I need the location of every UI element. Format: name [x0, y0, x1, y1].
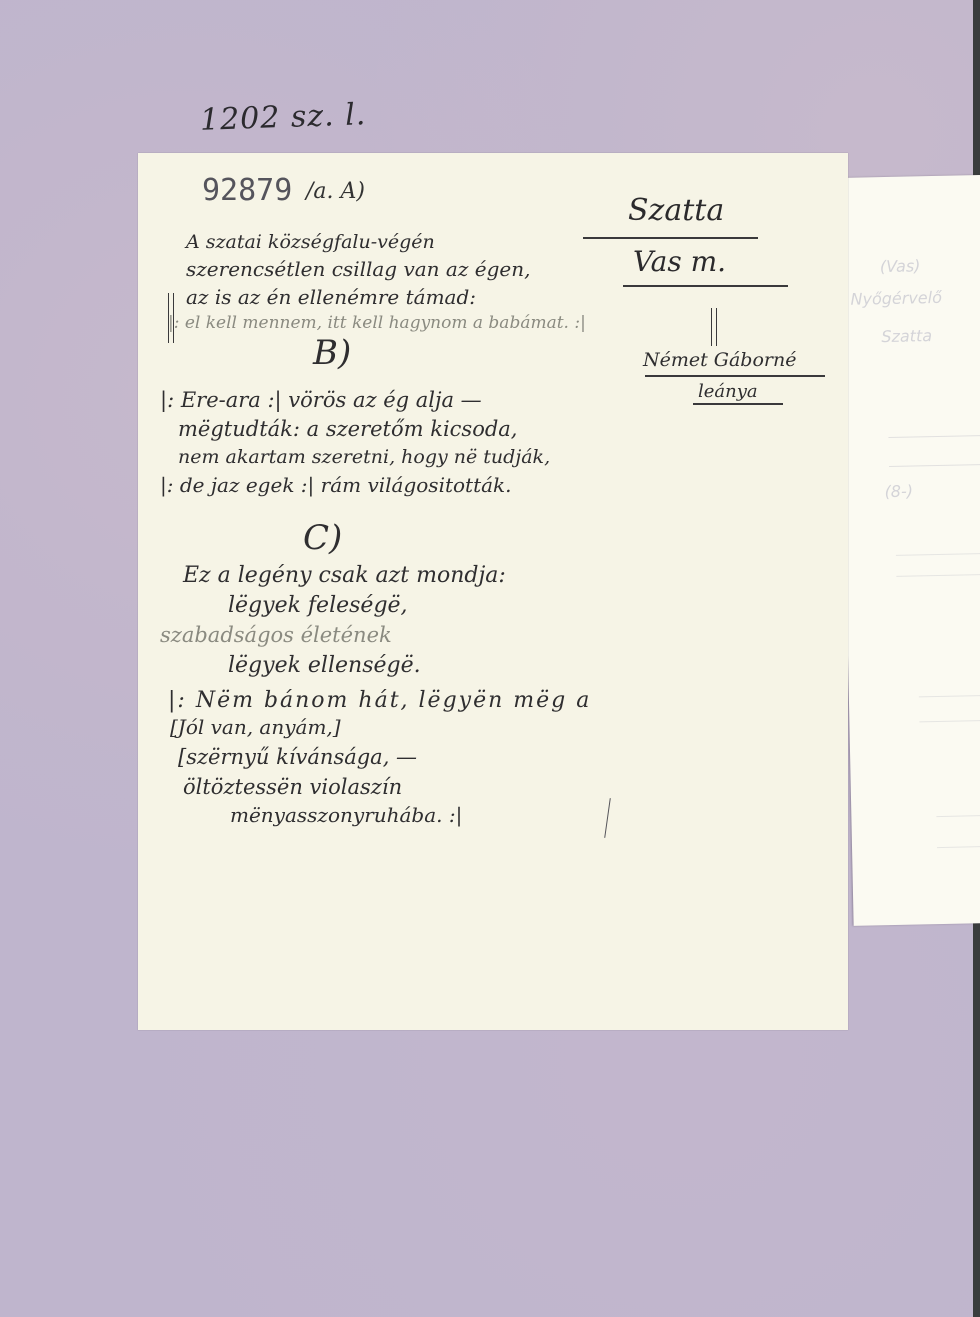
verse-line: mënyasszonyruhába. :|: [230, 803, 462, 827]
slip-staff-lines: [888, 435, 980, 467]
underline: [693, 403, 783, 405]
verse-line: öltöztessën violaszín: [183, 775, 402, 799]
manuscript-card: 92879 /a. A) Szatta Vas m. Német Gáborné…: [138, 153, 848, 1030]
slip-staff-lines: [919, 695, 980, 722]
slip-faint-line: Nyőgérvelő: [850, 288, 942, 309]
verse-line: [szërnyű kívánsága, —: [178, 745, 417, 769]
verse-line: szabadságos életének: [160, 623, 392, 647]
slip-faint-line: Szatta: [881, 326, 932, 346]
verse-line: Ez a legény csak azt mondja:: [183, 563, 506, 588]
repeat-sign: [604, 798, 611, 838]
archive-stamp-suffix: /a. A): [306, 179, 365, 204]
repeat-sign: [711, 308, 717, 346]
catalog-number: 1202 sz. l.: [199, 97, 366, 138]
verse-line: lëgyek feleségë,: [228, 593, 408, 618]
verse-line: mëgtudták: a szeretőm kicsoda,: [178, 417, 518, 441]
slip-faint-line: (Vas): [880, 256, 921, 276]
verse-line: szerencsétlen csillag van az égen,: [186, 257, 530, 281]
verse-line: |: Nëm bánom hát, lëgyën mëg a: [168, 688, 591, 713]
slip-staff-lines: [936, 815, 980, 848]
verse-line: lëgyek ellenségë.: [228, 653, 421, 678]
archive-stamp-number: 92879: [202, 173, 292, 208]
verse-line: |: Ere-ara :| vörös az ég alja —: [160, 388, 482, 412]
county-name: Vas m.: [633, 245, 726, 278]
repeat-sign: [168, 293, 174, 343]
slip-staff-lines: [896, 553, 980, 577]
slip-faint-line: (8-): [884, 481, 913, 501]
informant-relation: leánya: [698, 381, 758, 402]
verse-line: nem akartam szeretni, hogy në tudják,: [178, 446, 550, 468]
attached-slip: (Vas) Nyőgérvelő Szatta (8-): [838, 175, 980, 926]
verse-line: A szatai községfalu-végén: [186, 231, 435, 253]
section-mark: B): [313, 333, 351, 373]
underline: [645, 375, 825, 377]
verse-line: |: el kell mennem, itt kell hagynom a ba…: [168, 313, 586, 333]
underline: [583, 237, 758, 239]
verse-line: az is az én ellenémre támad:: [186, 285, 476, 309]
underline: [623, 285, 788, 287]
verse-line: [Jól van, anyám,]: [170, 715, 341, 739]
section-mark: C): [303, 518, 342, 558]
verse-line: |: de jaz egek :| rám világositották.: [160, 473, 512, 497]
place-name: Szatta: [628, 193, 724, 228]
informant-name: Német Gáborné: [643, 349, 796, 371]
